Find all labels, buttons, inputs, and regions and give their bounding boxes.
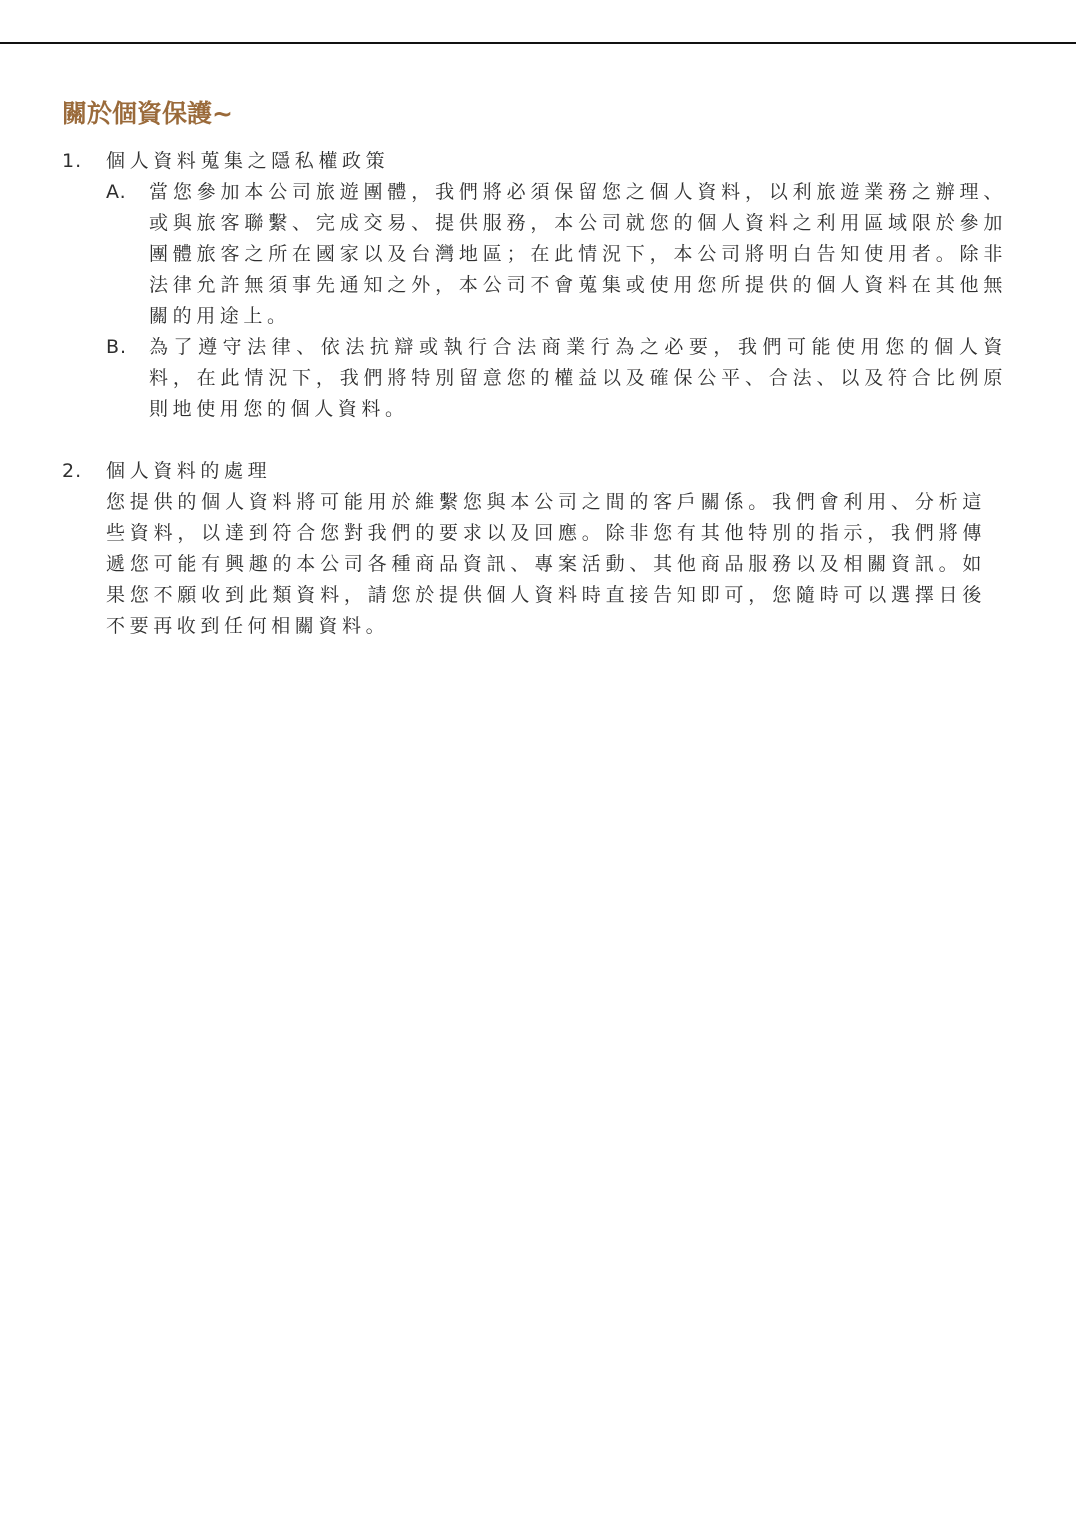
item-label: A. [106,177,127,208]
item-text: 為了遵守法律、依法抗辯或執行合法商業行為之必要，我們可能使用您的個人資料，在此情… [149,332,1007,425]
section-title: 個人資料的處理 [106,456,1022,487]
list-item-b: B. 為了遵守法律、依法抗辯或執行合法商業行為之必要，我們可能使用您的個人資料，… [106,332,1022,425]
section-privacy-policy: 1. 個人資料蒐集之隱私權政策 A. 當您參加本公司旅遊團體，我們將必須保留您之… [62,146,1022,425]
document-body: 1. 個人資料蒐集之隱私權政策 A. 當您參加本公司旅遊團體，我們將必須保留您之… [62,146,1022,642]
section-number: 2. [62,456,82,487]
item-text: 當您參加本公司旅遊團體，我們將必須保留您之個人資料，以利旅遊業務之辦理、或與旅客… [149,177,1007,332]
item-label: B. [106,332,127,363]
list-item-a: A. 當您參加本公司旅遊團體，我們將必須保留您之個人資料，以利旅遊業務之辦理、或… [106,177,1022,332]
section-number: 1. [62,146,82,177]
top-divider [0,42,1076,44]
page-title: 關於個資保護~ [62,96,233,132]
section-title: 個人資料蒐集之隱私權政策 [106,146,1022,177]
section-data-processing: 2. 個人資料的處理 您提供的個人資料將可能用於維繫您與本公司之間的客戶關係。我… [62,456,1022,642]
section-paragraph: 您提供的個人資料將可能用於維繫您與本公司之間的客戶關係。我們會利用、分析這些資料… [106,487,986,642]
